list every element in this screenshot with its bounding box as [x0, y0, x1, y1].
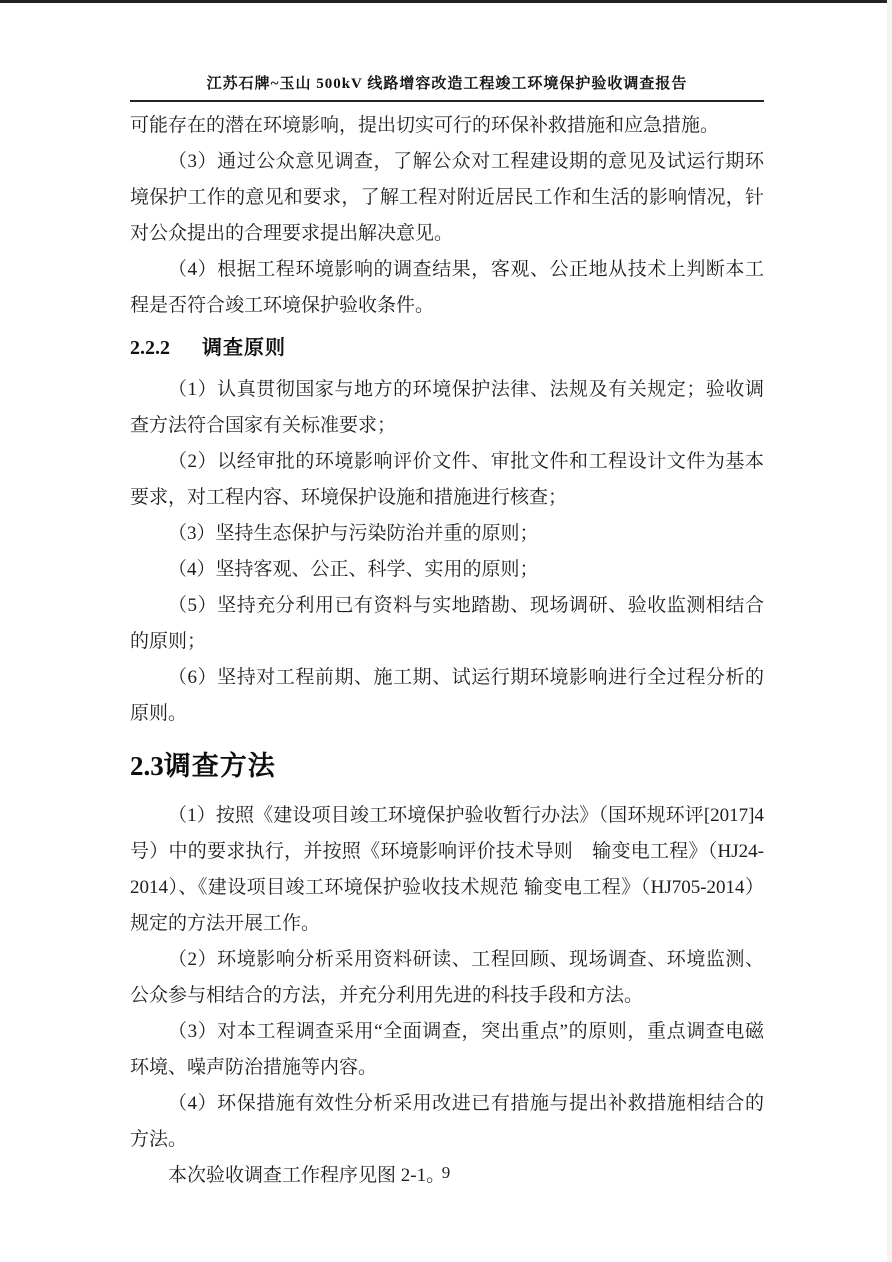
- heading-text: 调查原则: [202, 337, 286, 359]
- heading-text: 调查方法: [164, 751, 276, 781]
- document-page: 江苏石牌~玉山 500kV 线路增容改造工程竣工环境保护验收调查报告 可能存在的…: [0, 0, 892, 1262]
- paragraph: 可能存在的潜在环境影响，提出切实可行的环保补救措施和应急措施。: [130, 108, 764, 144]
- heading-survey-methods: 2.3调查方法: [130, 744, 764, 788]
- heading-number: 2.2.2: [130, 337, 170, 359]
- paragraph: （4）坚持客观、公正、科学、实用的原则；: [130, 552, 764, 588]
- paragraph: （3）坚持生态保护与污染防治并重的原则；: [130, 516, 764, 552]
- page-header: 江苏石牌~玉山 500kV 线路增容改造工程竣工环境保护验收调查报告: [130, 0, 764, 102]
- heading-number: 2.3: [130, 751, 164, 781]
- paragraph: （4）根据工程环境影响的调查结果，客观、公正地从技术上判断本工程是否符合竣工环境…: [130, 252, 764, 324]
- header-title: 江苏石牌~玉山 500kV 线路增容改造工程竣工环境保护验收调查报告: [130, 72, 764, 93]
- paragraph: （6）坚持对工程前期、施工期、试运行期环境影响进行全过程分析的原则。: [130, 660, 764, 732]
- paragraph: （3）通过公众意见调查，了解公众对工程建设期的意见及试运行期环境保护工作的意见和…: [130, 144, 764, 252]
- page-number: 9: [0, 1163, 892, 1183]
- paragraph: （1）按照《建设项目竣工环境保护验收暂行办法》（国环规环评[2017]4 号）中…: [130, 798, 764, 942]
- paragraph: （1）认真贯彻国家与地方的环境保护法律、法规及有关规定；验收调查方法符合国家有关…: [130, 372, 764, 444]
- document-body: 可能存在的潜在环境影响，提出切实可行的环保补救措施和应急措施。 （3）通过公众意…: [130, 108, 764, 1194]
- paragraph: （4）环保措施有效性分析采用改进已有措施与提出补救措施相结合的方法。: [130, 1086, 764, 1158]
- scan-right-edge: [887, 0, 892, 1262]
- paragraph: （5）坚持充分利用已有资料与实地踏勘、现场调研、验收监测相结合的原则；: [130, 588, 764, 660]
- content-area: 江苏石牌~玉山 500kV 线路增容改造工程竣工环境保护验收调查报告 可能存在的…: [130, 0, 764, 1194]
- paragraph: （2）以经审批的环境影响评价文件、审批文件和工程设计文件为基本要求，对工程内容、…: [130, 444, 764, 516]
- paragraph: （3）对本工程调查采用“全面调查，突出重点”的原则，重点调查电磁环境、噪声防治措…: [130, 1014, 764, 1086]
- paragraph: （2）环境影响分析采用资料研读、工程回顾、现场调查、环境监测、公众参与相结合的方…: [130, 942, 764, 1014]
- heading-survey-principles: 2.2.2调查原则: [130, 329, 764, 367]
